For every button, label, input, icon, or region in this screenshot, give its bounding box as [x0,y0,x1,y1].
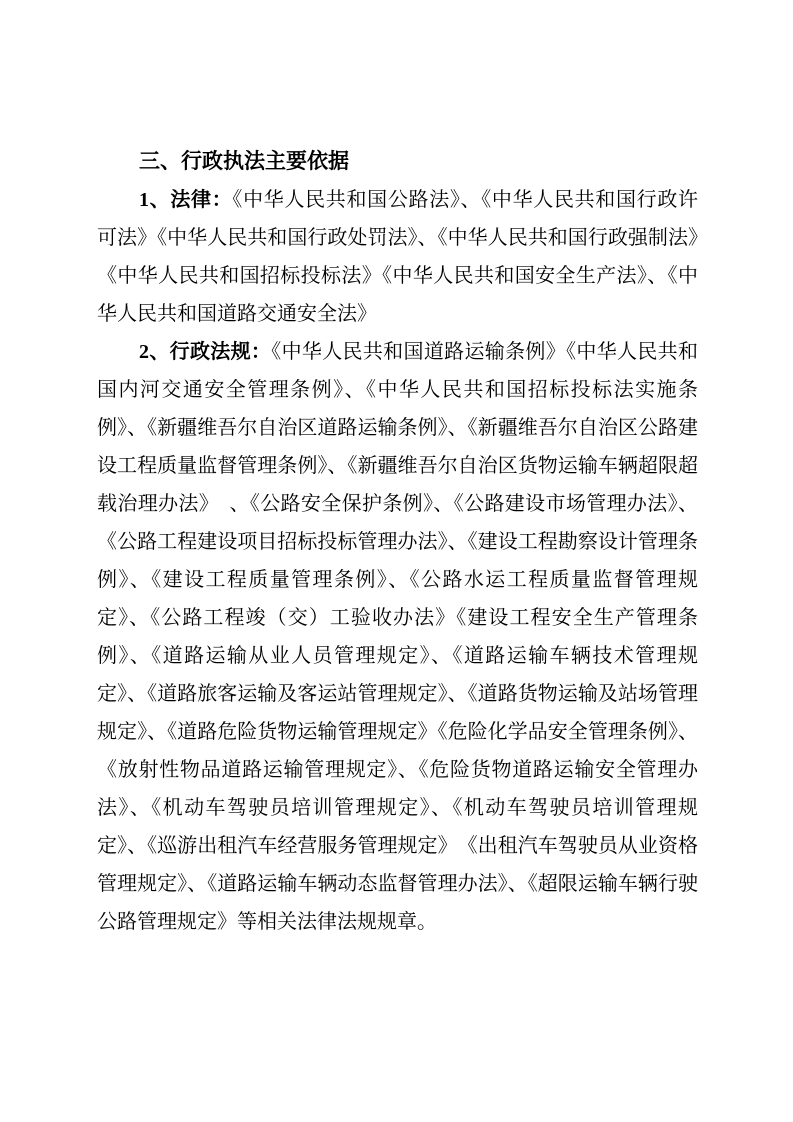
paragraph-regulations-label: 2、行政法规： [139,341,271,363]
paragraph-regulations: 2、行政法规：《中华人民共和国道路运输条例》《中华人民共和国内河交通安全管理条例… [97,333,698,941]
document-page: 三、行政执法主要依据 1、法律：《中华人民共和国公路法》、《中华人民共和国行政许… [0,0,793,1122]
paragraph-regulations-text: 《中华人民共和国道路运输条例》《中华人民共和国内河交通安全管理条例》、《中华人民… [97,341,698,933]
section-heading: 三、行政执法主要依据 [97,143,698,181]
document-content: 三、行政执法主要依据 1、法律：《中华人民共和国公路法》、《中华人民共和国行政许… [97,143,698,941]
paragraph-laws: 1、法律：《中华人民共和国公路法》、《中华人民共和国行政许可法》《中华人民共和国… [97,181,698,333]
paragraph-laws-label: 1、法律： [139,189,232,211]
